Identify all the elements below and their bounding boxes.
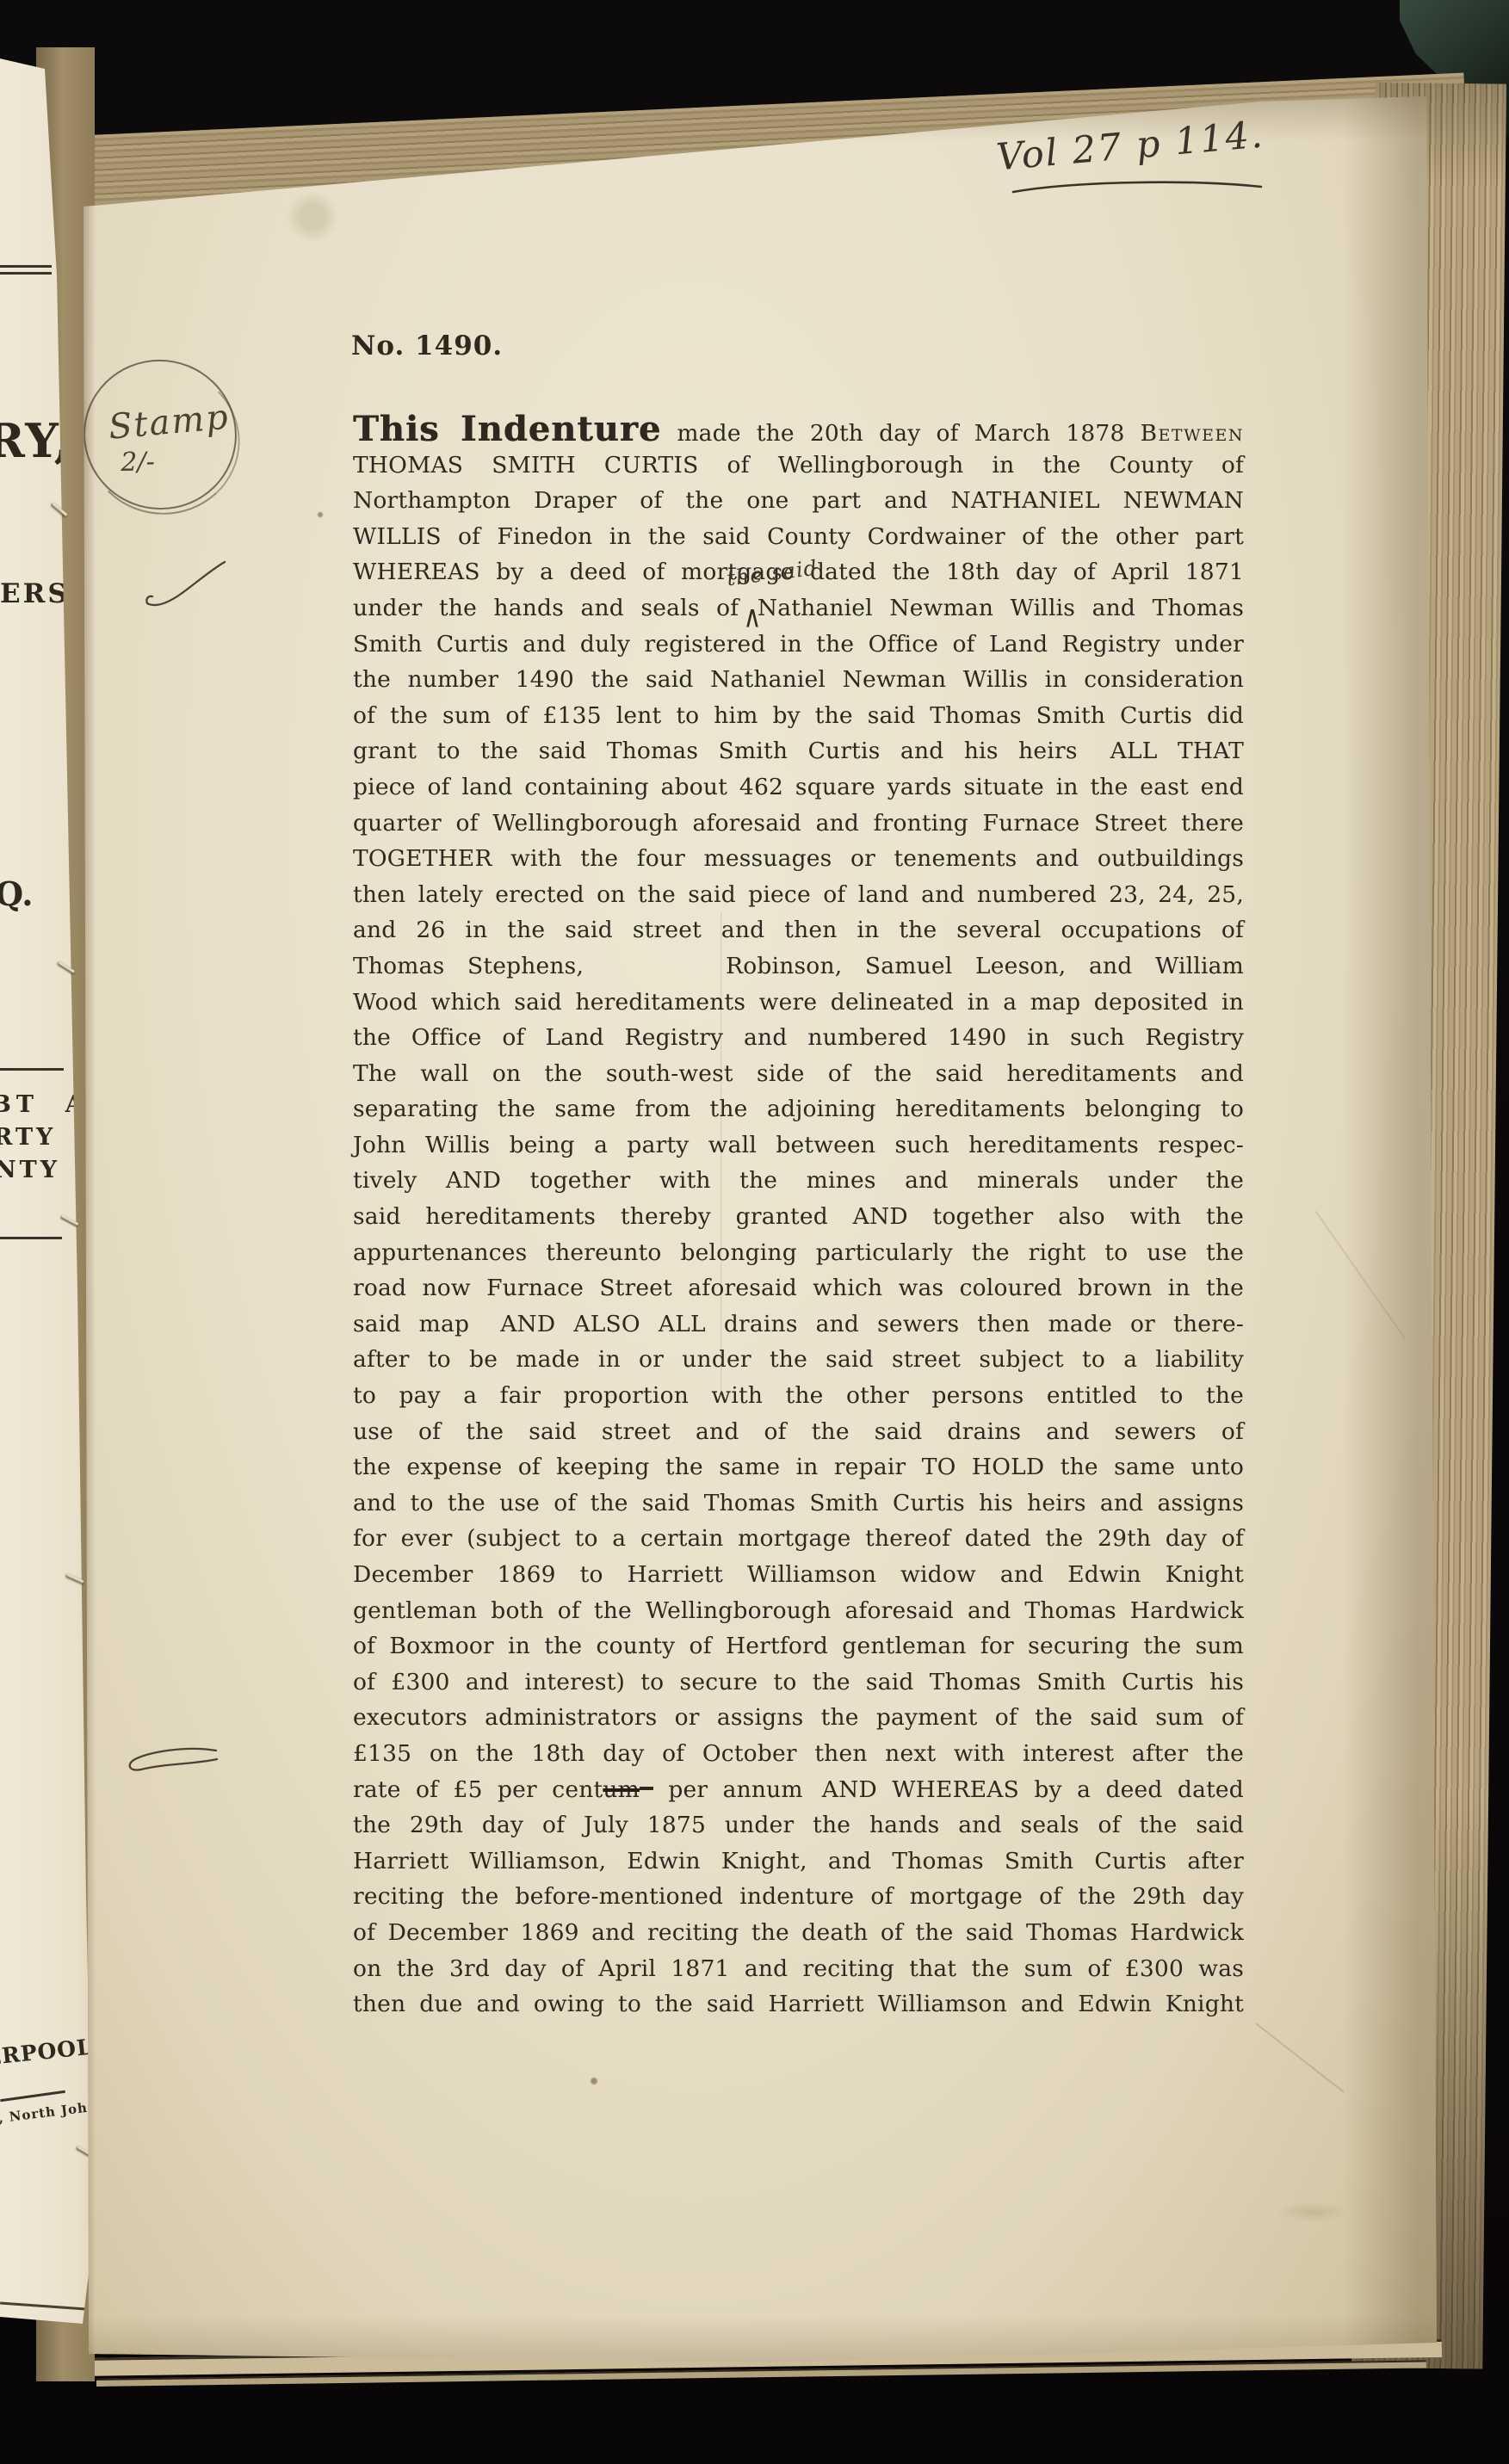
printed-text: reciting the before-mentioned indenture … (353, 1883, 1244, 1910)
document-line: to pay a fair proportion with the other … (353, 1378, 1244, 1414)
document-line: gentleman both of the Wellingborough afo… (353, 1593, 1244, 1629)
facing-page-text-fragment: Q. (0, 874, 33, 913)
document-line: quarter of Wellingborough aforesaid and … (353, 806, 1244, 842)
document-line: road now Furnace Street aforesaid which … (353, 1270, 1244, 1306)
printed-text: Wood which said hereditaments were delin… (353, 989, 1244, 1016)
printed-text: under the hands and seals of (353, 595, 756, 621)
stamp-amount: 2/- (121, 447, 155, 478)
document-line: appurtenances thereunto belonging partic… (353, 1235, 1244, 1271)
stamp-annotation: Stamp 2/- (71, 347, 250, 523)
blank-space (803, 1796, 822, 1797)
printed-text: separating the same from the adjoining h… (353, 1096, 1244, 1122)
printed-text: WILLIS of Finedon in the said County Cor… (353, 523, 1244, 550)
facing-page-rule (0, 265, 52, 268)
printed-text: of December 1869 and reciting the death … (353, 1919, 1244, 1946)
facing-page-text-fragment: NTY (0, 1157, 60, 1183)
document-line: after to be made in or under the said st… (353, 1342, 1244, 1378)
blank-space (1078, 757, 1110, 758)
facing-page-rule (0, 1237, 62, 1239)
document-line: under the hands and seals of the said∧Na… (353, 590, 1244, 627)
paper-wrinkle (1315, 1211, 1406, 1339)
document-line: use of the said street and of the said d… (353, 1414, 1244, 1450)
document-line: tively AND together with the mines and m… (353, 1163, 1244, 1199)
printed-text: John Willis being a party wall between s… (353, 1132, 1244, 1158)
printed-text: of the sum of £135 lent to him by the sa… (353, 702, 1244, 729)
document-line: of December 1869 and reciting the death … (353, 1915, 1244, 1951)
document-line: This Indenture made the 20th day of Marc… (353, 411, 1244, 448)
printed-text: of £300 and interest) to secure to the s… (353, 1669, 1244, 1695)
document-line: piece of land containing about 462 squar… (353, 769, 1244, 806)
printed-text: said map (353, 1311, 469, 1337)
facing-page-rule (0, 272, 52, 275)
strike-text: um (603, 1776, 640, 1803)
document-line: Smith Curtis and duly registered in the … (353, 627, 1244, 663)
document-line: the 29th day of July 1875 under the hand… (353, 1807, 1244, 1843)
document-line: Harriett Williamson, Edwin Knight, and T… (353, 1843, 1244, 1880)
margin-pen-flourish (144, 558, 228, 611)
document-line: and 26 in the said street and then in th… (353, 912, 1244, 948)
printed-text: AND WHEREAS by a deed dated (822, 1776, 1244, 1803)
document-line: on the 3rd day of April 1871 and recitin… (353, 1951, 1244, 1987)
document-line: reciting the before-mentioned indenture … (353, 1879, 1244, 1915)
document-line: Wood which said hereditaments were delin… (353, 985, 1244, 1021)
facing-page-text-fragment: , North Joh (0, 2100, 89, 2127)
document-line: for ever (subject to a certain mortgage … (353, 1521, 1244, 1557)
printed-text: and 26 in the said street and then in th… (353, 917, 1244, 943)
printed-text: Harriett Williamson, Edwin Knight, and T… (353, 1848, 1244, 1874)
printed-text: the number 1490 the said Nathaniel Newma… (353, 666, 1244, 693)
caret-mark: ∧ (743, 604, 761, 634)
printed-text: said hereditaments thereby granted AND t… (353, 1203, 1244, 1230)
document-line: WILLIS of Finedon in the said County Cor… (353, 519, 1244, 555)
printed-text: after to be made in or under the said st… (353, 1346, 1244, 1373)
blank-space (584, 973, 726, 973)
document-line: the number 1490 the said Nathaniel Newma… (353, 662, 1244, 698)
printed-text: AND ALSO ALL drains and sewers then made… (500, 1311, 1244, 1337)
facing-page-rule (0, 2090, 65, 2102)
printed-text: then lately erected on the said piece of… (353, 881, 1244, 908)
printed-text: the Office of Land Registry and numbered… (353, 1024, 1244, 1051)
printed-text: Thomas Stephens, (353, 953, 584, 979)
blackletter-text: This Indenture (353, 409, 661, 449)
document-line: rate of £5 per centum per annumAND WHERE… (353, 1772, 1244, 1808)
printed-text: of Boxmoor in the county of Hertford gen… (353, 1633, 1244, 1659)
smallcaps-text: Between (1141, 420, 1244, 447)
printed-text: The wall on the south-west side of the s… (353, 1060, 1244, 1087)
printed-text: per annum (653, 1776, 803, 1803)
document-line: TOGETHER with the four messuages or tene… (353, 841, 1244, 877)
facing-page-text-fragment: ERS (0, 578, 70, 609)
document-line: executors administrators or assigns the … (353, 1700, 1244, 1736)
document-line: the Office of Land Registry and numbered… (353, 1020, 1244, 1056)
printed-text: appurtenances thereunto belonging partic… (353, 1239, 1244, 1266)
document-line: Thomas Stephens,Robinson, Samuel Leeson,… (353, 948, 1244, 985)
paper-wrinkle (1255, 2022, 1345, 2093)
printed-text: then due and owing to the said Harriett … (353, 1991, 1244, 2017)
printed-text: the 29th day of July 1875 under the hand… (353, 1812, 1244, 1838)
strike-extension (640, 1787, 653, 1790)
printed-text: executors administrators or assigns the … (353, 1704, 1244, 1731)
document-line: then lately erected on the said piece of… (353, 877, 1244, 913)
document-line: said hereditaments thereby granted AND t… (353, 1199, 1244, 1235)
facing-page-text-fragment: ERPOOL (0, 2035, 94, 2071)
printed-text: for ever (subject to a certain mortgage … (353, 1525, 1244, 1552)
printed-text: rate of £5 per cent (353, 1776, 603, 1803)
printed-text: gentleman both of the Wellingborough afo… (353, 1597, 1244, 1624)
facing-page-text-fragment: RTY (0, 1124, 56, 1151)
document-line: THOMAS SMITH CURTIS of Wellingborough in… (353, 448, 1244, 484)
document-line: then due and owing to the said Harriett … (353, 1986, 1244, 2022)
printed-text: £135 on the 18th day of October then nex… (353, 1740, 1244, 1767)
document-line: of the sum of £135 lent to him by the sa… (353, 698, 1244, 734)
printed-text: Northampton Draper of the one part and N… (353, 487, 1244, 514)
printed-text: use of the said street and of the said d… (353, 1418, 1244, 1445)
document-line: grant to the said Thomas Smith Curtis an… (353, 733, 1244, 769)
document-number: No. 1490. (351, 330, 503, 361)
insertion-anchor: the said∧ (756, 592, 758, 615)
facing-page-rule (0, 1068, 64, 1071)
document-line: The wall on the south-west side of the s… (353, 1056, 1244, 1092)
document-line: the expense of keeping the same in repai… (353, 1449, 1244, 1485)
printed-text: Nathaniel Newman Willis and Thomas (758, 595, 1244, 621)
printed-text: road now Furnace Street aforesaid which … (353, 1275, 1244, 1301)
document-line: said mapAND ALSO ALL drains and sewers t… (353, 1306, 1244, 1343)
printed-text: to pay a fair proportion with the other … (353, 1382, 1244, 1409)
printed-text: THOMAS SMITH CURTIS of Wellingborough in… (353, 452, 1244, 479)
document-page: Vol 27 p 114. Stamp 2/- No. 1490. This I… (82, 86, 1442, 2375)
blank-space (469, 1331, 500, 1331)
printed-text: the expense of keeping the same in repai… (353, 1454, 1244, 1480)
printed-text: TOGETHER with the four messuages or tene… (353, 845, 1244, 872)
printed-text: made the 20th day of March 1878 (661, 420, 1140, 447)
document-line: of Boxmoor in the county of Hertford gen… (353, 1628, 1244, 1664)
document-line: £135 on the 18th day of October then nex… (353, 1736, 1244, 1772)
document-body: This Indenture made the 20th day of Marc… (353, 411, 1244, 2022)
printed-text: grant to the said Thomas Smith Curtis an… (353, 738, 1078, 764)
document-line: Northampton Draper of the one part and N… (353, 483, 1244, 519)
margin-pen-flourish (123, 1742, 220, 1782)
document-line: John Willis being a party wall between s… (353, 1127, 1244, 1164)
printed-text: tively AND together with the mines and m… (353, 1167, 1244, 1194)
document-line: December 1869 to Harriett Williamson wid… (353, 1557, 1244, 1593)
document-line: separating the same from the adjoining h… (353, 1091, 1244, 1127)
note-underline-stroke (1011, 177, 1265, 198)
printed-text: and to the use of the said Thomas Smith … (353, 1490, 1244, 1516)
book-scan: RY, ERS Q. BT AN RTY NTY ERPOOL , North … (0, 0, 1509, 2464)
printed-text: piece of land containing about 462 squar… (353, 774, 1244, 800)
printed-text: quarter of Wellingborough aforesaid and … (353, 810, 1244, 837)
document-line: of £300 and interest) to secure to the s… (353, 1664, 1244, 1701)
printed-text: December 1869 to Harriett Williamson wid… (353, 1561, 1244, 1588)
facing-page-bottom-edge (0, 2302, 86, 2311)
printed-text: on the 3rd day of April 1871 and recitin… (353, 1955, 1244, 1982)
printed-text: Smith Curtis and duly registered in the … (353, 631, 1244, 658)
printed-text: ALL THAT (1110, 738, 1244, 764)
document-line: and to the use of the said Thomas Smith … (353, 1485, 1244, 1522)
printed-text: Robinson, Samuel Leeson, and William (726, 953, 1244, 979)
